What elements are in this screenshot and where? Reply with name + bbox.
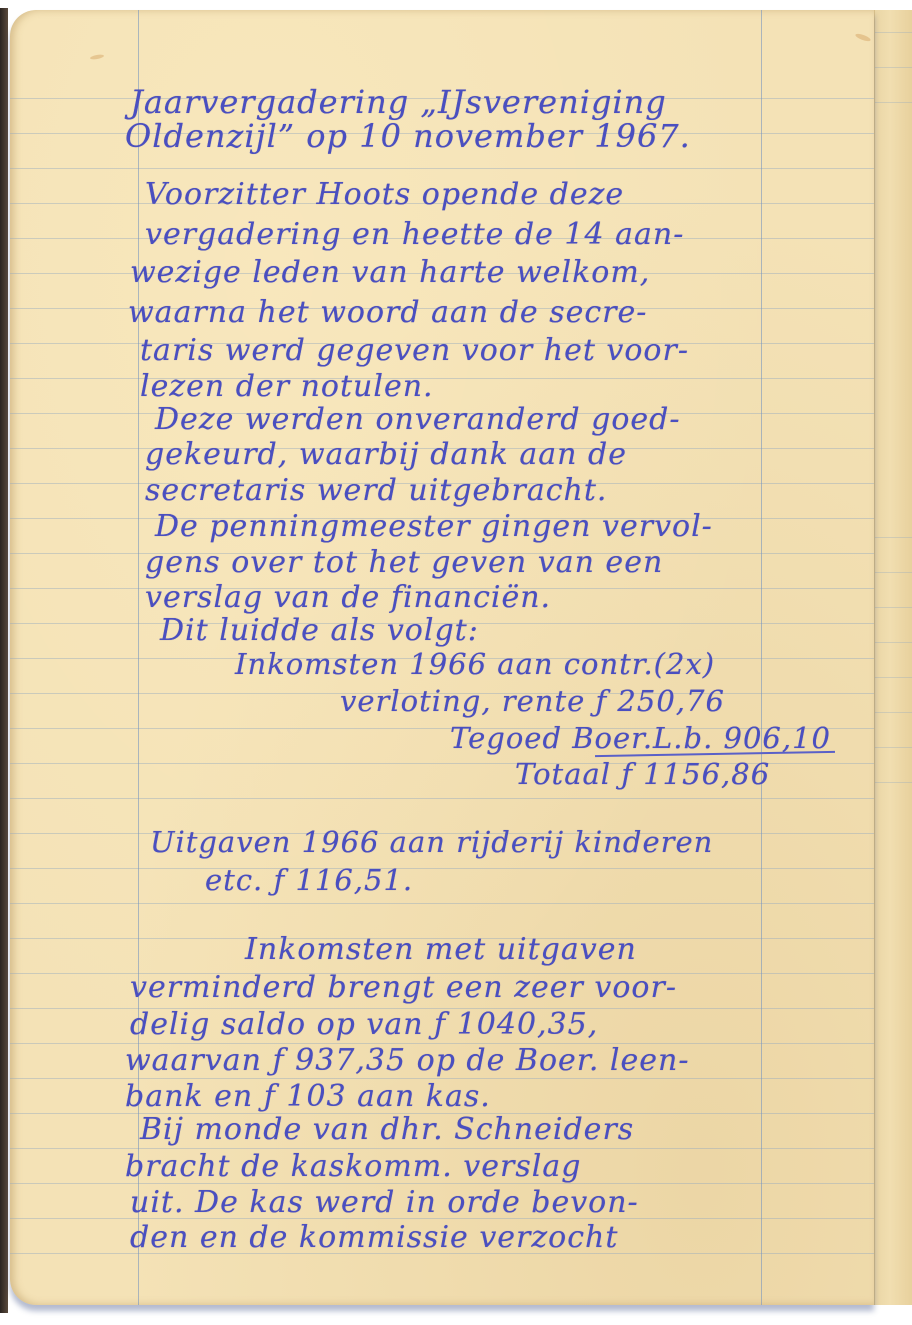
- closing-line: bracht de kaskomm. verslag: [125, 1152, 581, 1182]
- body-line: secretaris werd uitgebracht.: [145, 476, 607, 506]
- ruling-line: [10, 798, 874, 799]
- ruling-line: [875, 642, 912, 643]
- body-line: verslag van de financiën.: [145, 583, 551, 613]
- notebook-page: Jaarvergadering „IJsvereniging Oldenzijl…: [10, 10, 874, 1305]
- paper-stain: [855, 32, 872, 42]
- body-line: gens over tot het geven van een: [145, 548, 663, 578]
- income-total: Totaal ƒ 1156,86: [515, 760, 770, 789]
- ruling-line: [875, 67, 912, 68]
- expenses-line-2: etc. ƒ 116,51.: [205, 866, 413, 895]
- body-line: lezen der notulen.: [140, 372, 434, 402]
- body-line: Voorzitter Hoots opende deze: [145, 180, 624, 210]
- adjacent-page-edge: [874, 10, 912, 1305]
- body-line: vergadering en heette de 14 aan-: [145, 220, 684, 250]
- right-margin-line: [761, 10, 762, 1305]
- title-line-2: Oldenzijl” op 10 november 1967.: [125, 120, 691, 152]
- closing-line: verminderd brengt een zeer voor-: [130, 973, 677, 1003]
- income-line-1: Inkomsten 1966 aan contr.(2x): [235, 650, 715, 679]
- ruling-line: [10, 168, 874, 169]
- paper-stain: [90, 54, 104, 60]
- expenses-line-1: Uitgaven 1966 aan rijderij kinderen: [150, 828, 713, 857]
- ruling-line: [875, 677, 912, 678]
- closing-line: Bij monde van dhr. Schneiders: [140, 1115, 634, 1145]
- closing-line: den en de kommissie verzocht: [130, 1223, 618, 1253]
- body-line: Dit luidde als volgt:: [160, 616, 479, 646]
- closing-line: Inkomsten met uitgaven: [245, 935, 637, 965]
- closing-line: bank en ƒ 103 aan kas.: [125, 1082, 491, 1112]
- income-line-2: verloting, rente ƒ 250,76: [340, 687, 725, 716]
- income-line-3: Tegoed Boer.L.b. 906,10: [450, 724, 831, 753]
- ruling-line: [875, 712, 912, 713]
- ruling-line: [875, 32, 912, 33]
- ruling-line: [10, 868, 874, 869]
- body-line: wezige leden van harte welkom,: [130, 258, 650, 288]
- ruling-line: [875, 537, 912, 538]
- ruling-line: [875, 747, 912, 748]
- body-line: waarna het woord aan de secre-: [128, 298, 647, 328]
- ruling-line: [10, 903, 874, 904]
- closing-line: uit. De kas werd in orde bevon-: [130, 1188, 639, 1218]
- body-line: Deze werden onveranderd goed-: [155, 405, 681, 435]
- closing-line: waarvan ƒ 937,35 op de Boer. leen-: [125, 1046, 689, 1076]
- scan-background: [0, 0, 912, 8]
- ruling-line: [875, 782, 912, 783]
- body-line: gekeurd, waarbij dank aan de: [145, 440, 627, 470]
- closing-line: delig saldo op van ƒ 1040,35,: [130, 1010, 598, 1040]
- ruling-line: [875, 102, 912, 103]
- ruling-line: [875, 572, 912, 573]
- title-line-1: Jaarvergadering „IJsvereniging: [130, 86, 667, 118]
- ruling-line: [875, 607, 912, 608]
- body-line: De penningmeester gingen vervol-: [155, 512, 713, 542]
- notebook-binding-edge: [0, 8, 8, 1313]
- body-line: taris werd gegeven voor het voor-: [140, 336, 689, 366]
